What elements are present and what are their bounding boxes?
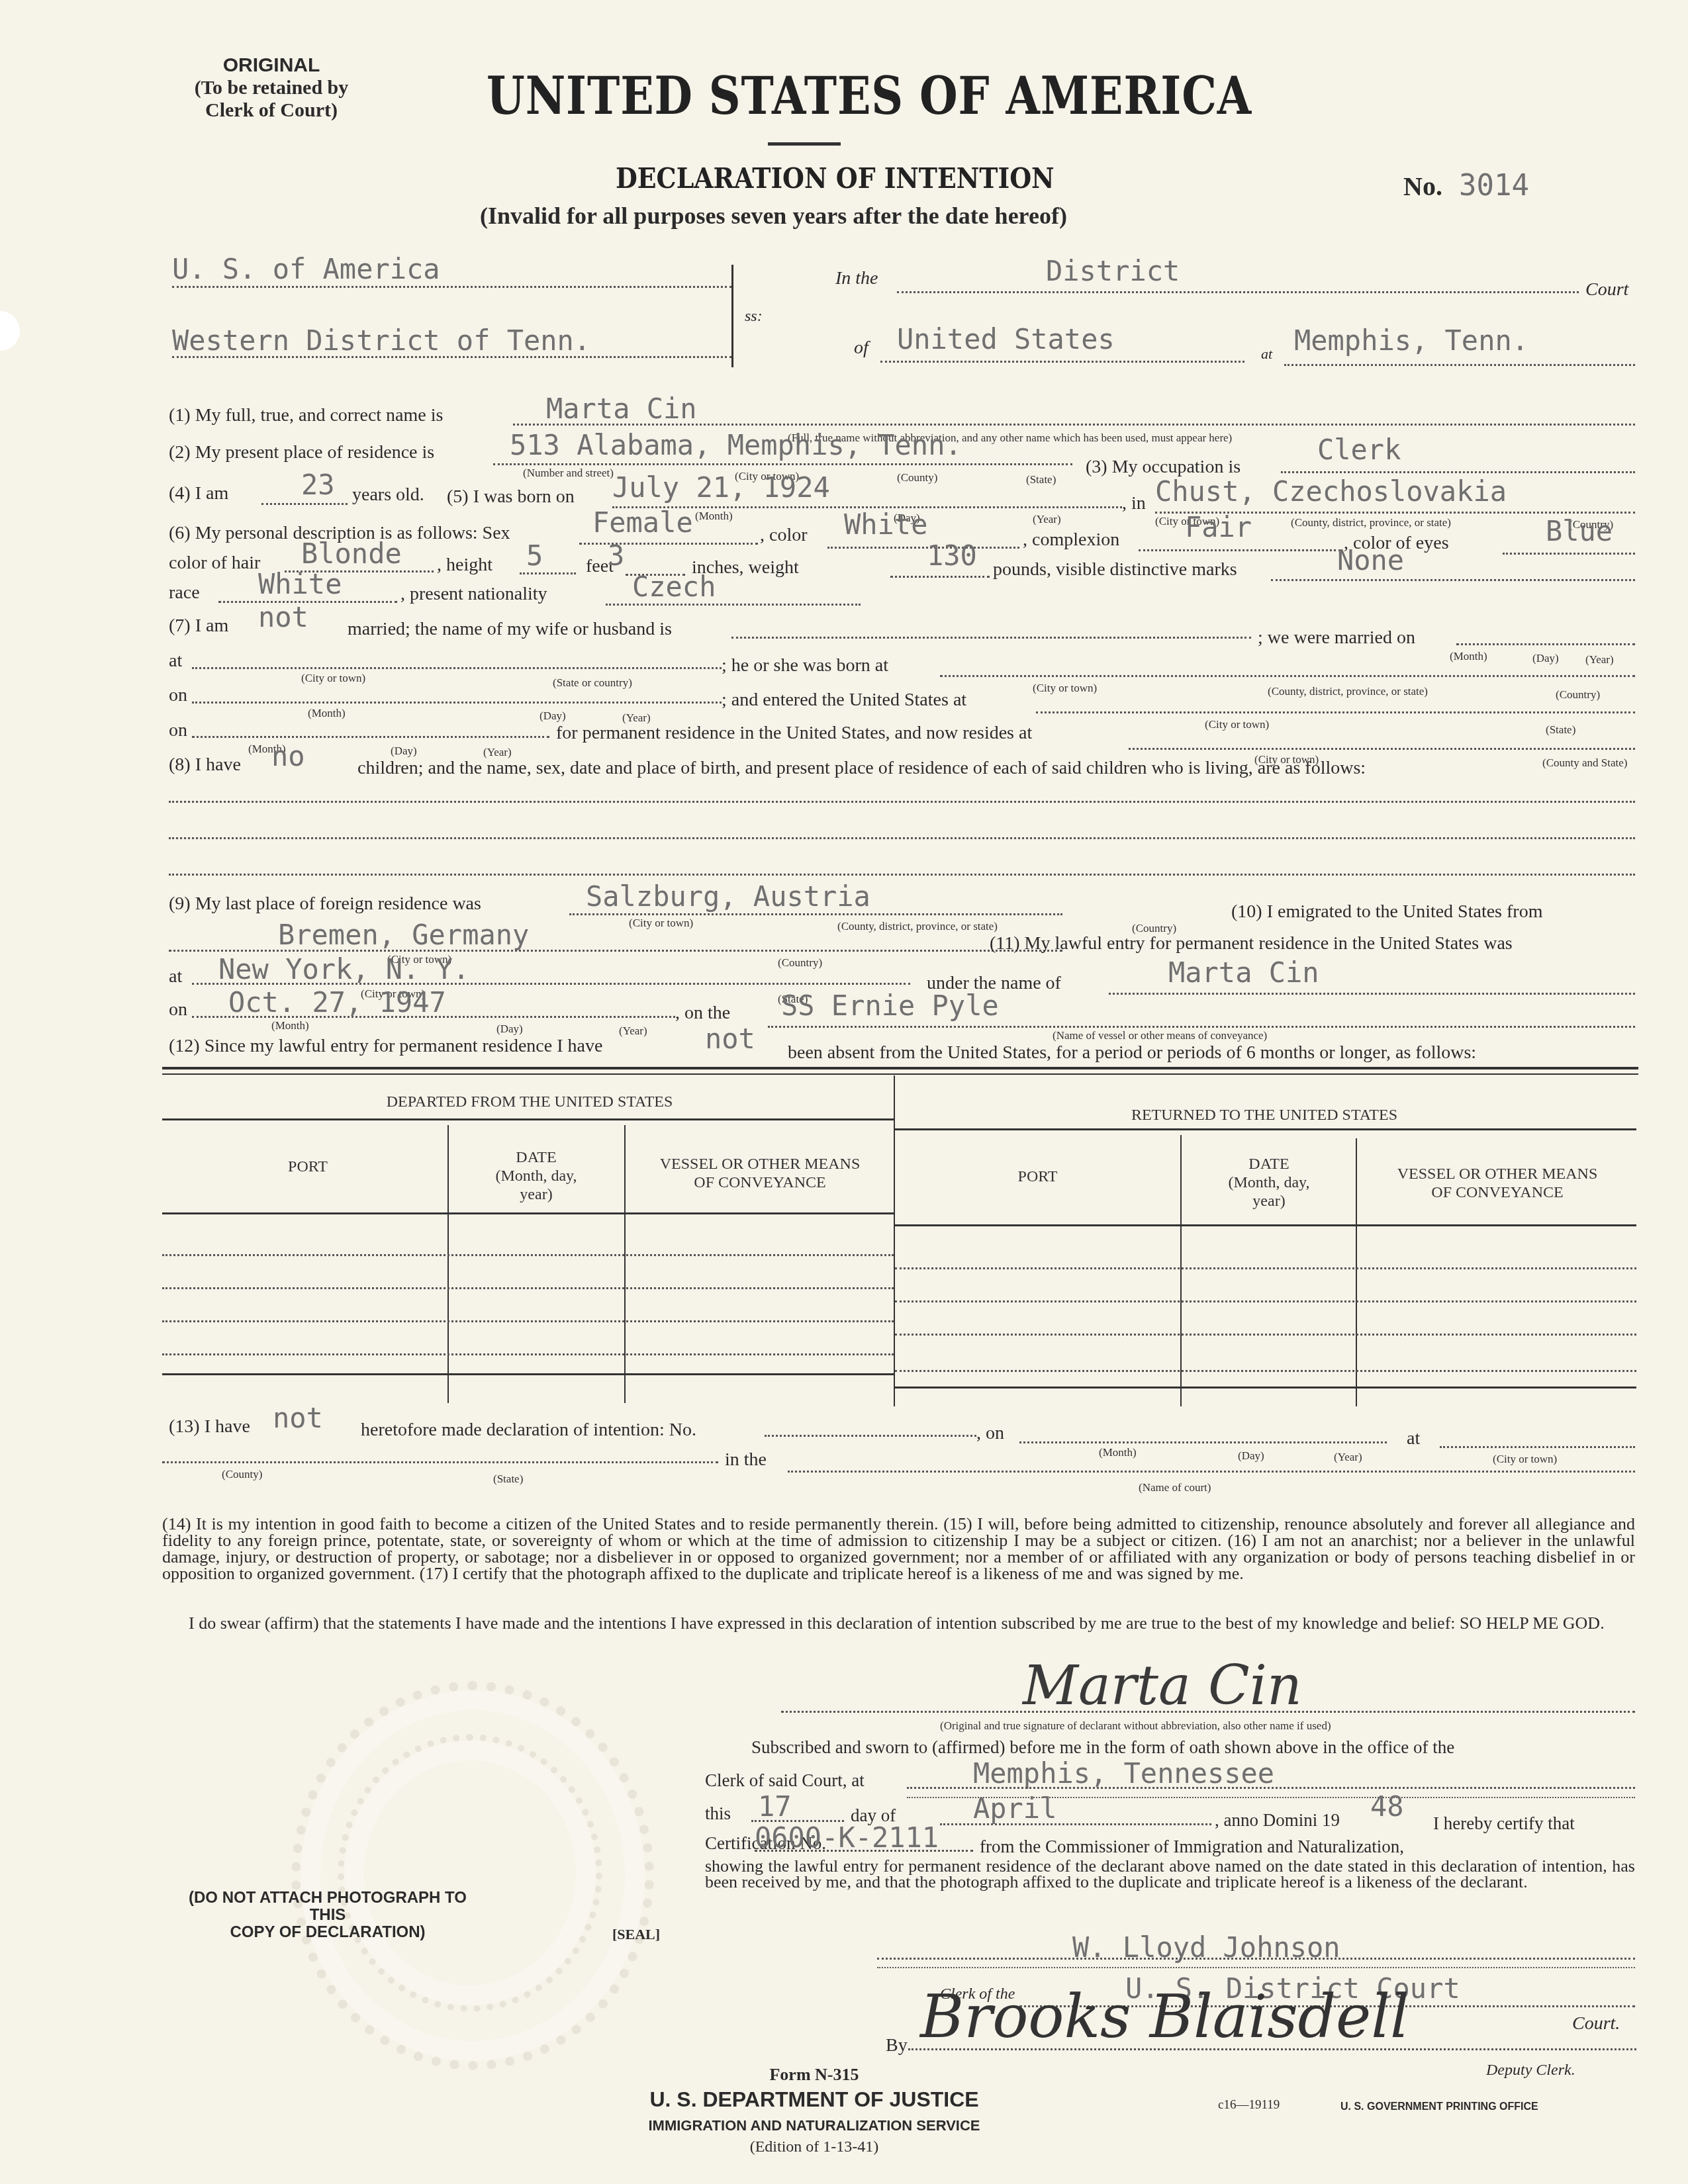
birth-place: Chust, Czechoslovakia bbox=[1155, 475, 1507, 508]
col-date-line: year) bbox=[450, 1185, 622, 1204]
height-feet: 5 bbox=[526, 539, 543, 572]
caption: (Day) bbox=[539, 709, 566, 723]
last-foreign-residence: Salzburg, Austria bbox=[586, 880, 870, 913]
vessel-name: SS Ernie Pyle bbox=[781, 989, 999, 1022]
eye-color: Blue bbox=[1546, 515, 1613, 547]
caption: (Year) bbox=[619, 1024, 647, 1038]
race: White bbox=[258, 568, 342, 600]
caption: (City or town) bbox=[1493, 1453, 1557, 1466]
height-label: , height bbox=[437, 555, 492, 576]
q1-label: (1) My full, true, and correct name is bbox=[169, 405, 443, 426]
court-type: District bbox=[1046, 255, 1180, 287]
entry-date: Oct. 27, 1947 bbox=[228, 986, 446, 1019]
declarant-signature: Marta Cin bbox=[1023, 1655, 1302, 1717]
oath-day: 17 bbox=[758, 1790, 792, 1823]
q12-label: (12) Since my lawful entry for permanent… bbox=[169, 1036, 602, 1057]
court-label: Court bbox=[1585, 279, 1628, 300]
q12-text: been absent from the United States, for … bbox=[788, 1042, 1476, 1064]
in-label: , in bbox=[1122, 493, 1146, 514]
caption: (County, district, province, or state) bbox=[1268, 685, 1428, 698]
photo-note-line: COPY OF DECLARATION) bbox=[169, 1924, 487, 1941]
original-label: ORIGINAL bbox=[159, 54, 384, 77]
caption: (Name of vessel or other means of convey… bbox=[1053, 1029, 1267, 1042]
oath-location: Memphis, Tennessee bbox=[973, 1757, 1274, 1790]
on-the-label: , on the bbox=[675, 1003, 730, 1024]
col-date-line: (Month, day, bbox=[1183, 1173, 1355, 1192]
swear-paragraph: I do swear (affirm) that the statements … bbox=[162, 1615, 1635, 1632]
table-row bbox=[895, 1267, 1636, 1269]
table-row bbox=[162, 1320, 894, 1322]
clerk-at-label: Clerk of said Court, at bbox=[705, 1770, 865, 1791]
caption: (Year) bbox=[483, 746, 512, 759]
at-label: at bbox=[1261, 345, 1272, 363]
marital-status: not bbox=[258, 601, 308, 633]
col-date-line: (Month, day, bbox=[450, 1167, 622, 1185]
in-the-label: in the bbox=[725, 1449, 767, 1471]
departed-header: DEPARTED FROM THE UNITED STATES bbox=[169, 1093, 890, 1111]
full-name: Marta Cin bbox=[546, 392, 697, 425]
venue-of: United States bbox=[897, 323, 1115, 355]
caption: (Year) bbox=[1033, 513, 1061, 526]
caption: (County and State) bbox=[1542, 756, 1627, 770]
declaration-title: DECLARATION OF INTENTION bbox=[616, 162, 1055, 195]
caption: (Country) bbox=[1556, 688, 1600, 702]
marks-label: pounds, visible distinctive marks bbox=[993, 559, 1237, 580]
entry-name: Marta Cin bbox=[1168, 956, 1319, 989]
returned-header: RETURNED TO THE UNITED STATES bbox=[897, 1107, 1632, 1124]
age: 23 bbox=[301, 469, 335, 501]
q10-label: (10) I emigrated to the United States fr… bbox=[1231, 901, 1542, 923]
this-label: this bbox=[705, 1803, 731, 1824]
caption: (County, district, province, or state) bbox=[837, 920, 998, 933]
declaration-number: No. 3014 bbox=[1403, 169, 1529, 203]
col-vessel-line: VESSEL OR OTHER MEANS bbox=[628, 1155, 892, 1173]
certification-number: 0600-K-2111 bbox=[755, 1821, 939, 1854]
q4-suffix: years old. bbox=[352, 484, 424, 506]
venue-district: Western District of Tenn. bbox=[172, 324, 590, 357]
q9-label: (9) My last place of foreign residence w… bbox=[169, 893, 481, 915]
birth-date: July 21, 1924 bbox=[612, 471, 830, 504]
caption: (Year) bbox=[1334, 1451, 1362, 1464]
on-label: , on bbox=[976, 1423, 1004, 1444]
caption: (Country) bbox=[778, 956, 822, 970]
seal-label: [SEAL] bbox=[612, 1926, 660, 1943]
q13-text: heretofore made declaration of intention… bbox=[361, 1420, 696, 1441]
caption: (Month) bbox=[1450, 650, 1487, 663]
nationality-label: , present nationality bbox=[400, 584, 547, 605]
emigrated-from: Bremen, Germany bbox=[278, 919, 529, 951]
caption: (City or town) bbox=[629, 917, 693, 930]
caption: (State) bbox=[493, 1473, 523, 1486]
by-label: By bbox=[886, 2035, 908, 2056]
q8-text: children; and the name, sex, date and pl… bbox=[357, 758, 1366, 779]
caption: (City or town) bbox=[1033, 682, 1097, 695]
perm-res-text: for permanent residence in the United St… bbox=[556, 723, 1032, 744]
on-label: on bbox=[169, 999, 187, 1021]
deputy-signature: Brooks Blaisdell bbox=[920, 1982, 1409, 2052]
page-title: UNITED STATES OF AMERICA bbox=[487, 66, 1252, 126]
caption: (Month) bbox=[1099, 1446, 1137, 1459]
complexion-label: , complexion bbox=[1023, 529, 1119, 551]
original-note: Clerk of Court) bbox=[159, 99, 384, 122]
caption: (County) bbox=[897, 471, 937, 484]
print-code: c16—19119 bbox=[1218, 2098, 1280, 2113]
nationality: Czech bbox=[632, 570, 716, 603]
caption: (Number and street) bbox=[523, 467, 614, 480]
on-label: on bbox=[169, 720, 187, 741]
at-label: at bbox=[1407, 1428, 1420, 1449]
color: White bbox=[844, 508, 927, 541]
col-vessel-line: OF CONVEYANCE bbox=[628, 1173, 892, 1192]
service: IMMIGRATION AND NATURALIZATION SERVICE bbox=[629, 2117, 1000, 2134]
cert-text: from the Commissioner of Immigration and… bbox=[980, 1837, 1404, 1857]
absence-status: not bbox=[705, 1023, 755, 1055]
q5-label: (5) I was born on bbox=[447, 486, 575, 508]
col-vessel-line: VESSEL OR OTHER MEANS bbox=[1358, 1165, 1636, 1183]
cert-body: showing the lawful entry for permanent r… bbox=[705, 1858, 1635, 1890]
q7-label: (7) I am bbox=[169, 615, 228, 637]
race-label: race bbox=[169, 582, 200, 604]
color-label: , color bbox=[760, 525, 808, 546]
court-seal-inner bbox=[338, 1734, 602, 2012]
table-row bbox=[895, 1300, 1636, 1302]
caption: (Day) bbox=[496, 1023, 523, 1036]
caption: (State) bbox=[1026, 473, 1056, 486]
department: U. S. DEPARTMENT OF JUSTICE bbox=[629, 2087, 1000, 2112]
caption: (State or country) bbox=[553, 676, 632, 690]
table-row bbox=[162, 1254, 894, 1256]
caption: (State) bbox=[1546, 723, 1575, 737]
prior-declaration: not bbox=[273, 1402, 323, 1434]
of-label: of bbox=[854, 338, 868, 359]
col-vessel: VESSEL OR OTHER MEANS OF CONVEYANCE bbox=[628, 1155, 892, 1192]
table-row bbox=[162, 1287, 894, 1289]
q4-label: (4) I am bbox=[169, 483, 228, 504]
entry-port: New York, N. Y. bbox=[218, 953, 469, 985]
ss-label: ss: bbox=[745, 308, 763, 326]
col-port: PORT bbox=[169, 1158, 447, 1176]
certify-label: I hereby certify that bbox=[1433, 1813, 1575, 1834]
residence: 513 Alabama, Memphis, Tenn. bbox=[510, 429, 962, 461]
q11-label: (11) My lawful entry for permanent resid… bbox=[990, 933, 1513, 954]
caption: (County, district, province, or state) bbox=[1291, 516, 1451, 529]
oath-paragraph: (14) It is my intention in good faith to… bbox=[162, 1516, 1635, 1582]
form-footer: Form N-315 U. S. DEPARTMENT OF JUSTICE I… bbox=[629, 2065, 1000, 2156]
col-date-line: year) bbox=[1183, 1192, 1355, 1210]
deputy-label: Deputy Clerk. bbox=[1486, 2062, 1575, 2079]
caption: (Name of court) bbox=[1139, 1481, 1211, 1494]
title-divider bbox=[768, 142, 841, 146]
table-row bbox=[162, 1353, 894, 1355]
photo-note: (DO NOT ATTACH PHOTOGRAPH TO THIS COPY O… bbox=[169, 1889, 487, 1941]
caption: (Month) bbox=[271, 1019, 309, 1032]
distinctive-marks: None bbox=[1337, 544, 1404, 576]
table-row bbox=[895, 1370, 1636, 1372]
original-notice: ORIGINAL (To be retained by Clerk of Cou… bbox=[159, 54, 384, 122]
q2-label: (2) My present place of residence is bbox=[169, 442, 434, 463]
born-at-label: ; he or she was born at bbox=[722, 655, 888, 676]
original-note: (To be retained by bbox=[159, 77, 384, 99]
children-count: no bbox=[271, 740, 305, 772]
at-label: at bbox=[169, 651, 182, 672]
at-label: at bbox=[169, 966, 182, 987]
caption: (Month) bbox=[695, 510, 733, 523]
caption: (County) bbox=[222, 1468, 262, 1481]
on-label: on bbox=[169, 685, 187, 706]
form-number: Form N-315 bbox=[629, 2065, 1000, 2085]
in-the-label: In the bbox=[835, 268, 878, 289]
venue-at: Memphis, Tenn. bbox=[1294, 324, 1528, 357]
edition: (Edition of 1-13-41) bbox=[629, 2138, 1000, 2156]
subscribed-text: Subscribed and sworn to (affirmed) befor… bbox=[751, 1737, 1454, 1758]
caption: (City or town) bbox=[301, 672, 365, 685]
oath-month: April bbox=[973, 1792, 1056, 1825]
table-row bbox=[895, 1334, 1636, 1336]
hair-label: color of hair bbox=[169, 553, 260, 574]
entered-us-label: ; and entered the United States at bbox=[722, 690, 966, 711]
married-on-label: ; we were married on bbox=[1258, 627, 1415, 649]
caption: (Day) bbox=[1238, 1449, 1264, 1463]
hair-color: Blonde bbox=[301, 537, 402, 570]
invalid-note: (Invalid for all purposes seven years af… bbox=[480, 202, 1067, 230]
col-date: DATE (Month, day, year) bbox=[450, 1148, 622, 1204]
oath-year: 48 bbox=[1370, 1790, 1404, 1823]
printer: U. S. GOVERNMENT PRINTING OFFICE bbox=[1340, 2101, 1538, 2113]
caption: (City or town) bbox=[1205, 718, 1269, 731]
q7-text: married; the name of my wife or husband … bbox=[348, 619, 672, 640]
q13-label: (13) I have bbox=[169, 1416, 250, 1437]
occupation: Clerk bbox=[1317, 433, 1401, 466]
sex: Female bbox=[592, 506, 693, 539]
col-vessel: VESSEL OR OTHER MEANS OF CONVEYANCE bbox=[1358, 1165, 1636, 1202]
caption: (Day) bbox=[1532, 652, 1559, 665]
col-date: DATE (Month, day, year) bbox=[1183, 1155, 1355, 1210]
number-label: No. bbox=[1403, 171, 1442, 201]
signature-caption: (Original and true signature of declaran… bbox=[940, 1719, 1331, 1733]
punch-hole bbox=[0, 311, 20, 351]
venue-country: U. S. of America bbox=[172, 253, 440, 285]
caption: (Day) bbox=[391, 745, 417, 758]
col-port: PORT bbox=[897, 1168, 1178, 1186]
ss-brace bbox=[731, 265, 733, 367]
col-date-line: DATE bbox=[450, 1148, 622, 1167]
number-value: 3014 bbox=[1459, 169, 1529, 203]
col-vessel-line: OF CONVEYANCE bbox=[1358, 1183, 1636, 1202]
photo-note-line: (DO NOT ATTACH PHOTOGRAPH TO THIS bbox=[169, 1889, 487, 1924]
anno-label: , anno Domini 19 bbox=[1215, 1810, 1340, 1831]
weight: 130 bbox=[927, 539, 977, 572]
caption: (Month) bbox=[308, 707, 346, 720]
caption: (Year) bbox=[1585, 653, 1614, 666]
court-suffix-label: Court. bbox=[1572, 2013, 1620, 2034]
height-inches: 3 bbox=[608, 539, 624, 572]
complexion: Fair bbox=[1185, 511, 1252, 543]
q8-label: (8) I have bbox=[169, 754, 241, 776]
col-date-line: DATE bbox=[1183, 1155, 1355, 1173]
